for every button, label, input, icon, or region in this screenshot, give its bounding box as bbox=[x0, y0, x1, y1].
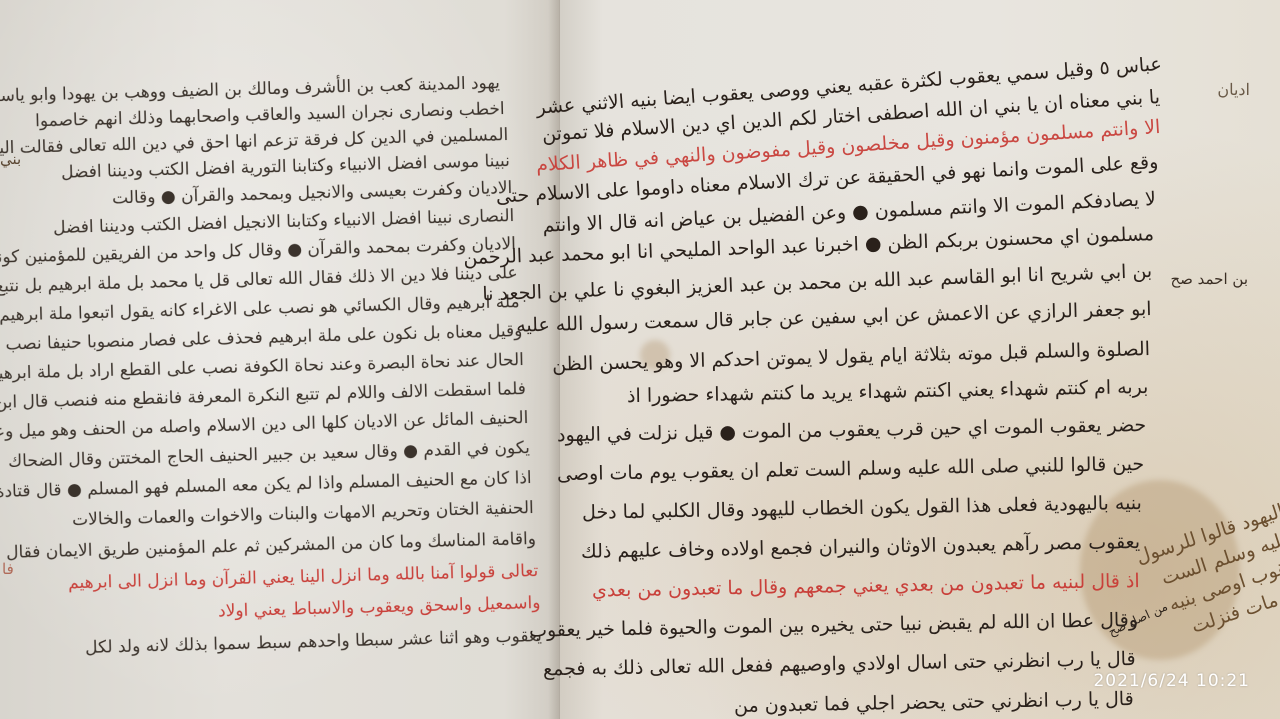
photo-timestamp: 2021/6/24 10:21 bbox=[1093, 671, 1250, 691]
right-line-9: الصلوة والسلم قبل موته بثلاثة ايام يقول … bbox=[552, 340, 1150, 375]
left-margin-note-2: فا bbox=[2, 560, 14, 578]
left-line-19: واسمعيل واسحق ويعقوب والاسباط يعني اولاد bbox=[217, 595, 540, 620]
right-line-7: بن ابي شريح انا ابو القاسم عبد الله بن م… bbox=[482, 262, 1152, 304]
left-line-5: الاديان وكفرت بعيسى والانجيل وبمحمد والق… bbox=[112, 180, 513, 207]
left-line-6: النصارى نبينا افضل الانبياء وكتابنا الان… bbox=[53, 208, 515, 237]
left-line-20: يعقوب وهو اثنا عشر سبطا واحدهم سبط سموا … bbox=[85, 628, 542, 657]
left-manuscript-page: يهود المدينة كعب بن الأشرف ومالك بن الضي… bbox=[0, 0, 560, 719]
right-line-15: اذ قال لبنيه ما تعبدون من بعدي يعني جمعه… bbox=[592, 572, 1140, 601]
left-line-17: واقامة المناسك وما كان من المشركين ثم عل… bbox=[6, 531, 536, 562]
left-line-12: فلما اسقطت الالف واللام لم تتبع النكرة ا… bbox=[0, 381, 526, 413]
left-margin-note-1: بني bbox=[0, 150, 21, 168]
left-line-7: الاديان وكفرت بمحمد والقرآن ● وقال كل وا… bbox=[0, 236, 516, 267]
left-line-14: يكون في القدم ● وقال سعيد بن جبير الحنيف… bbox=[8, 440, 530, 471]
right-line-14: يعقوب مصر رآهم يعبدون الاوثان والنيران ف… bbox=[581, 533, 1140, 562]
left-line-8: على ديننا فلا دين الا ذلك فقال الله تعال… bbox=[0, 265, 518, 296]
left-line-13: الحنيف المائل عن الاديان كلها الى دين ال… bbox=[0, 410, 528, 441]
left-line-4: نبينا موسى افضل الانبياء وكتابنا التورية… bbox=[61, 153, 510, 182]
left-line-16: الحنفية الختان وتحريم الامهات والبنات وا… bbox=[72, 500, 534, 529]
right-line-10: بربه ام كنتم شهداء يعني اكنتم شهداء يريد… bbox=[627, 378, 1149, 406]
left-line-15: اذا كان مع الحنيف المسلم واذا لم يكن معه… bbox=[0, 470, 532, 502]
right-line-16: وقال عطا ان الله لم يقبض نبيا حتى يخيره … bbox=[529, 611, 1138, 641]
right-line-12: حين قالوا للنبي صلى الله عليه وسلم الست … bbox=[557, 455, 1144, 484]
right-line-18: قال يا رب انظرني حتى يحضر اجلي فما تعبدو… bbox=[734, 690, 1134, 716]
right-manuscript-page: عباس ٥ وقيل سمي يعقوب لكثرة عقبه يعني وو… bbox=[560, 0, 1280, 719]
right-line-13: بنيه باليهودية فعلى هذا القول يكون الخطا… bbox=[582, 494, 1142, 523]
right-margin-note-middle: بن احمد صح bbox=[1170, 270, 1248, 288]
right-line-11: حضر يعقوب الموت اي حين قرب يعقوب من المو… bbox=[557, 416, 1146, 445]
left-line-18: تعالى قولوا آمنا بالله وما انزل الينا يع… bbox=[68, 563, 539, 592]
left-line-11: الحال عند نحاة البصرة وعند نحاة الكوفة ن… bbox=[0, 352, 524, 384]
left-line-10: وقيل معناه بل نكون على ملة ابرهيم فحذف ع… bbox=[0, 323, 522, 354]
right-margin-note-top: اديان bbox=[1217, 80, 1250, 99]
left-line-2: اخطب ونصارى نجران السيد والعاقب واصحابهم… bbox=[35, 101, 505, 130]
left-line-9: ملة ابرهيم وقال الكسائي هو نصب على الاغر… bbox=[0, 294, 520, 325]
right-line-17: قال يا رب انظرني حتى اسال اولادي واوصيهم… bbox=[543, 650, 1136, 679]
right-line-8: ابو جعفر الرازي عن الاعمش عن ابي سفين عن… bbox=[516, 300, 1152, 336]
manuscript-photo: يهود المدينة كعب بن الأشرف ومالك بن الضي… bbox=[0, 0, 1280, 719]
